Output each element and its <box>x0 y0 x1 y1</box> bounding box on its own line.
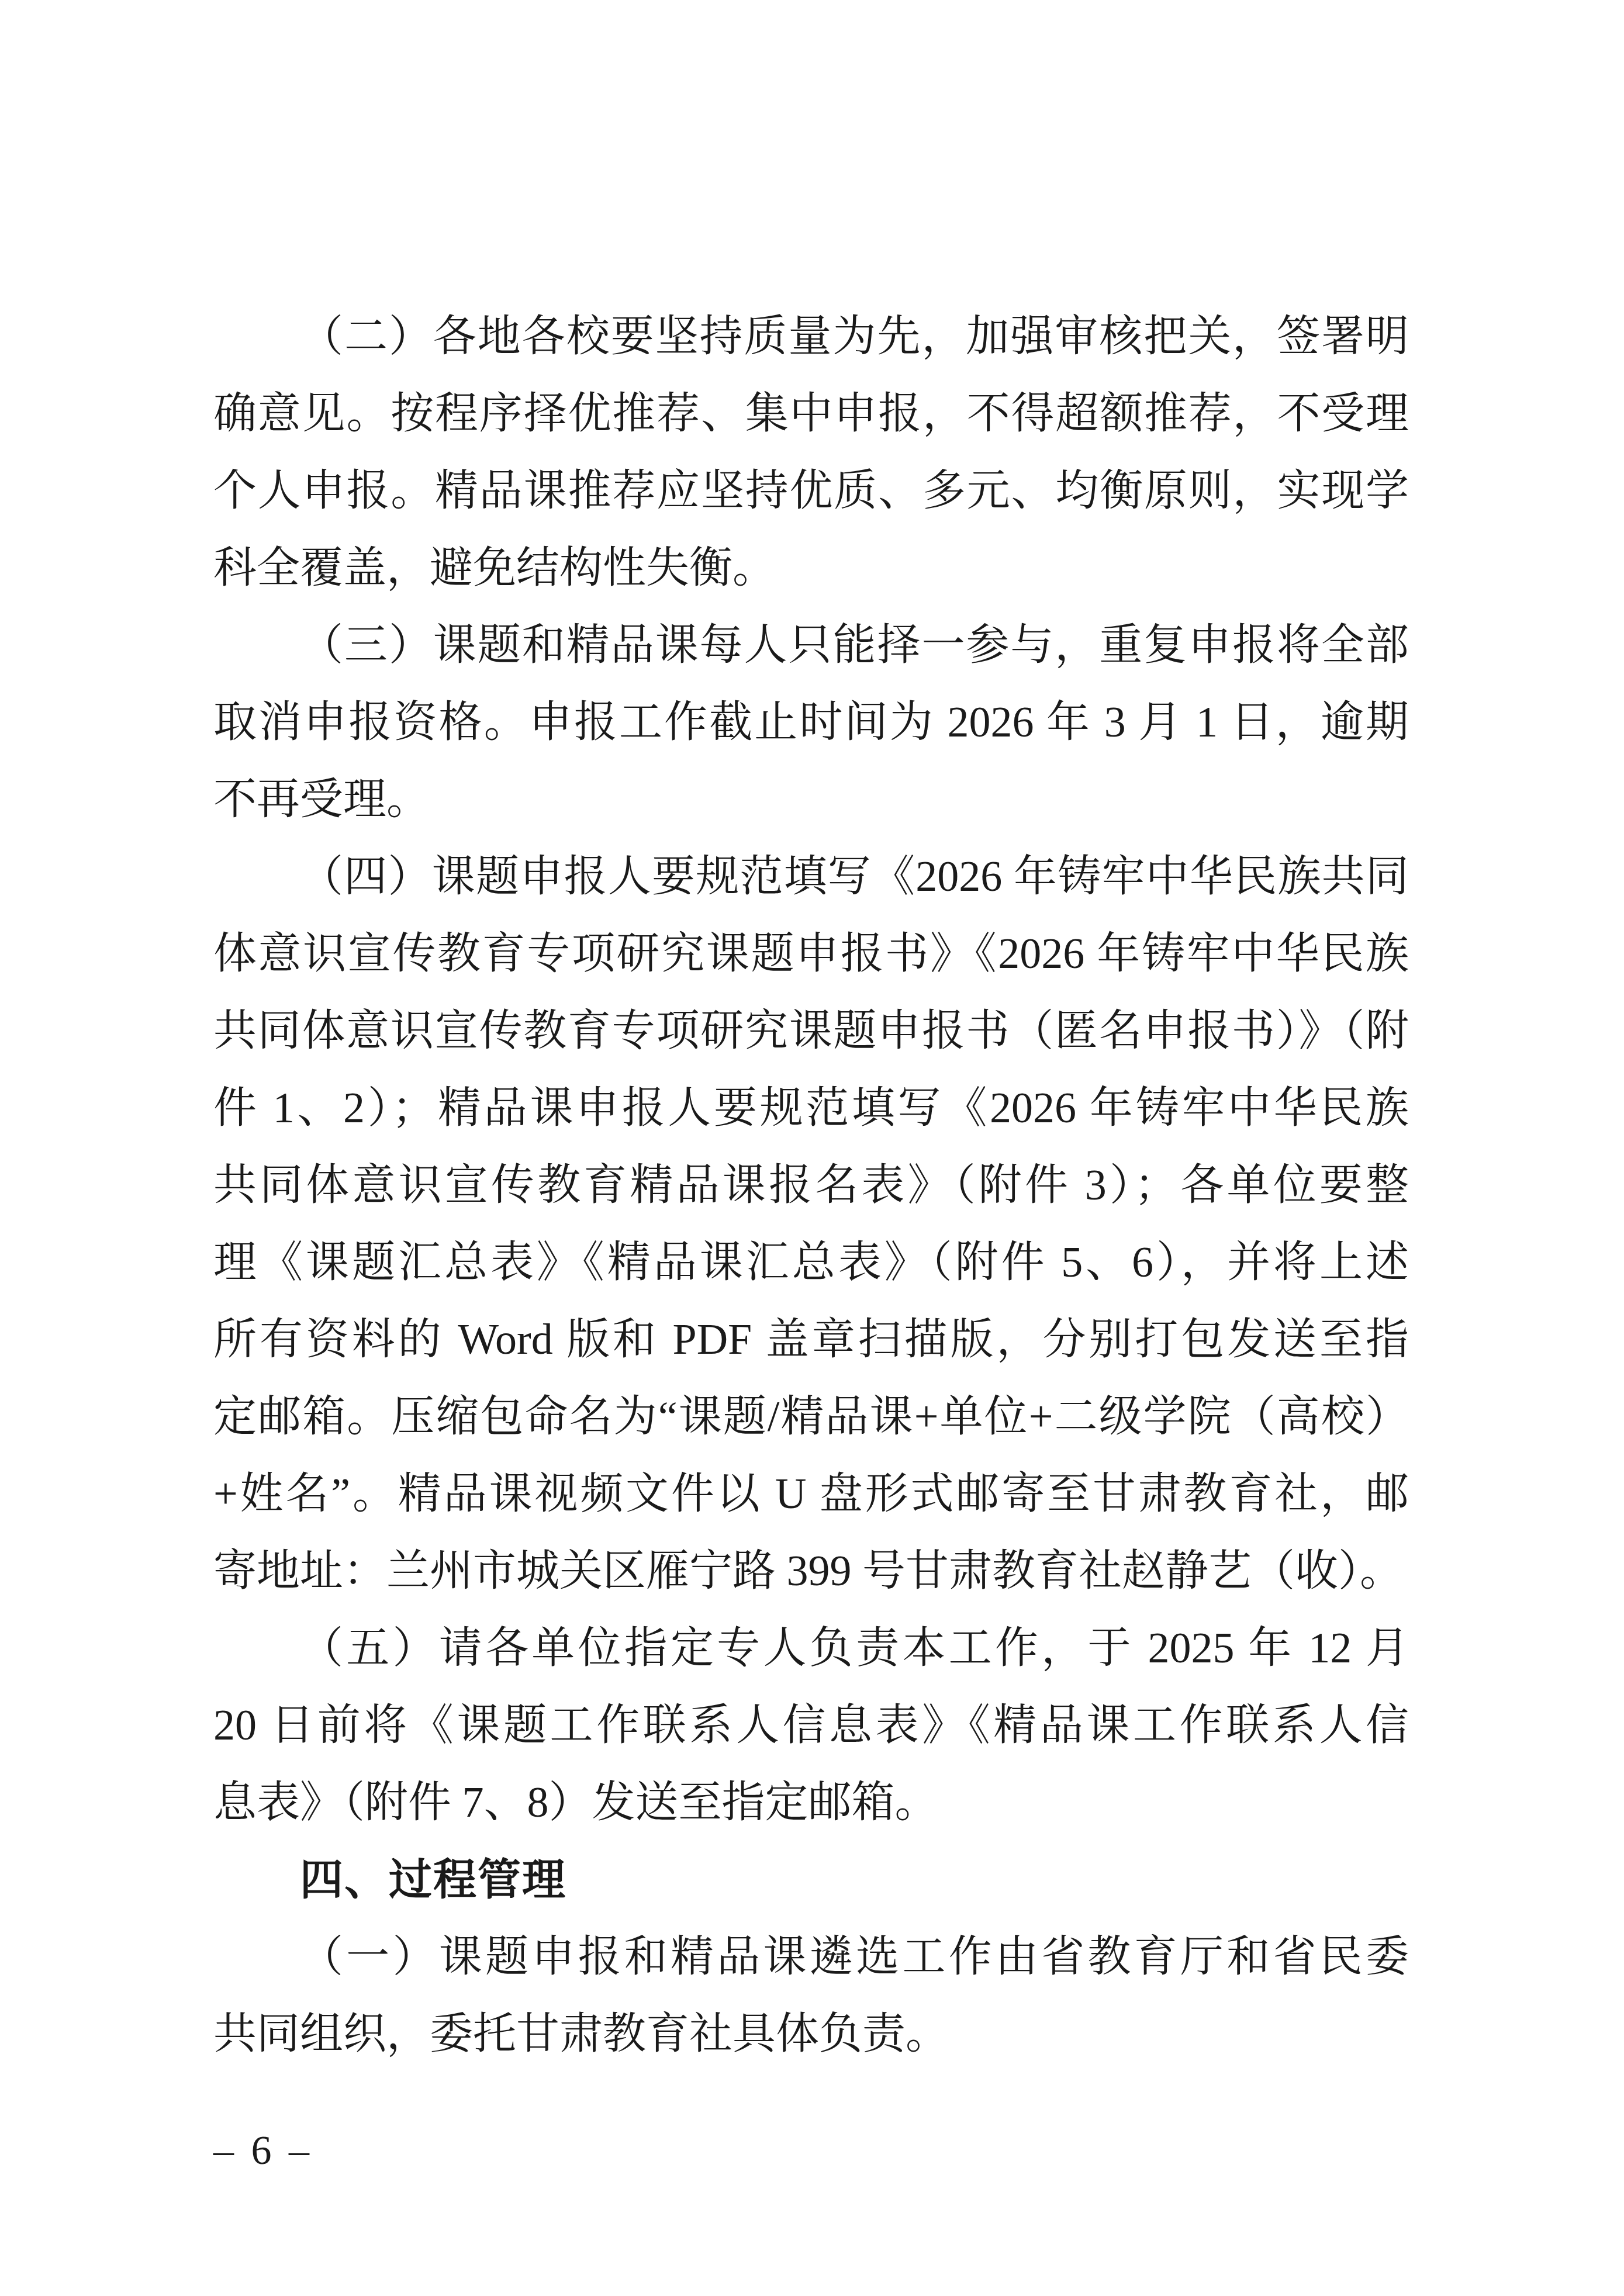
text-line: 个人申报。精品课推荐应坚持优质、多元、均衡原则，实现学 <box>213 452 1409 530</box>
document-page: （二）各地各校要坚持质量为先，加强审核把关，签署明确意见。按程序择优推荐、集中申… <box>0 0 1624 2296</box>
page-number: – 6 – <box>213 2128 313 2174</box>
text-line: 体意识宣传教育专项研究课题申报书》《2026 年铸牢中华民族 <box>213 915 1409 993</box>
paragraph-4: （四）课题申报人要规范填写《2026 年铸牢中华民族共同体意识宣传教育专项研究课… <box>213 838 1409 1610</box>
text-line: 寄地址：兰州市城关区雁宁路 399 号甘肃教育社赵静艺（收）。 <box>213 1533 1409 1610</box>
text-line: 取消申报资格。申报工作截止时间为 2026 年 3 月 1 日，逾期 <box>213 684 1409 761</box>
document-body: （二）各地各校要坚持质量为先，加强审核把关，签署明确意见。按程序择优推荐、集中申… <box>213 298 1409 2073</box>
paragraph-3: （三）课题和精品课每人只能择一参与，重复申报将全部取消申报资格。申报工作截止时间… <box>213 607 1409 838</box>
paragraph-2: （二）各地各校要坚持质量为先，加强审核把关，签署明确意见。按程序择优推荐、集中申… <box>213 298 1409 607</box>
section-heading: 四、过程管理 <box>213 1841 1409 1918</box>
text-line: 共同组织，委托甘肃教育社具体负责。 <box>213 1996 1409 2073</box>
text-line: 定邮箱。压缩包命名为“课题/精品课+单位+二级学院（高校） <box>213 1378 1409 1455</box>
paragraph-1-section4: （一）课题申报和精品课遴选工作由省教育厅和省民委共同组织，委托甘肃教育社具体负责… <box>213 1918 1409 2073</box>
text-line: 所有资料的 Word 版和 PDF 盖章扫描版，分别打包发送至指 <box>213 1301 1409 1378</box>
text-line: 确意见。按程序择优推荐、集中申报，不得超额推荐，不受理 <box>213 375 1409 452</box>
text-line: +姓名”。精品课视频文件以 U 盘形式邮寄至甘肃教育社，邮 <box>213 1455 1409 1533</box>
paragraph-5: （五）请各单位指定专人负责本工作，于 2025 年 12 月20 日前将《课题工… <box>213 1610 1409 1841</box>
text-line: 件 1、2）；精品课申报人要规范填写《2026 年铸牢中华民族 <box>213 1070 1409 1147</box>
text-line: 共同体意识宣传教育精品课报名表》（附件 3）；各单位要整 <box>213 1147 1409 1224</box>
text-line: （五）请各单位指定专人负责本工作，于 2025 年 12 月 <box>213 1610 1409 1687</box>
text-line: （一）课题申报和精品课遴选工作由省教育厅和省民委 <box>213 1918 1409 1996</box>
text-line: （二）各地各校要坚持质量为先，加强审核把关，签署明 <box>213 298 1409 375</box>
text-line: （四）课题申报人要规范填写《2026 年铸牢中华民族共同 <box>213 838 1409 915</box>
text-line: 理《课题汇总表》《精品课汇总表》（附件 5、6），并将上述 <box>213 1224 1409 1301</box>
text-line: 四、过程管理 <box>213 1841 1409 1918</box>
text-line: 共同体意识宣传教育专项研究课题申报书（匿名申报书）》（附 <box>213 993 1409 1070</box>
text-line: 科全覆盖，避免结构性失衡。 <box>213 530 1409 607</box>
text-line: 息表》（附件 7、8）发送至指定邮箱。 <box>213 1764 1409 1841</box>
text-line: 不再受理。 <box>213 761 1409 838</box>
text-line: （三）课题和精品课每人只能择一参与，重复申报将全部 <box>213 607 1409 684</box>
text-line: 20 日前将《课题工作联系人信息表》《精品课工作联系人信 <box>213 1687 1409 1764</box>
